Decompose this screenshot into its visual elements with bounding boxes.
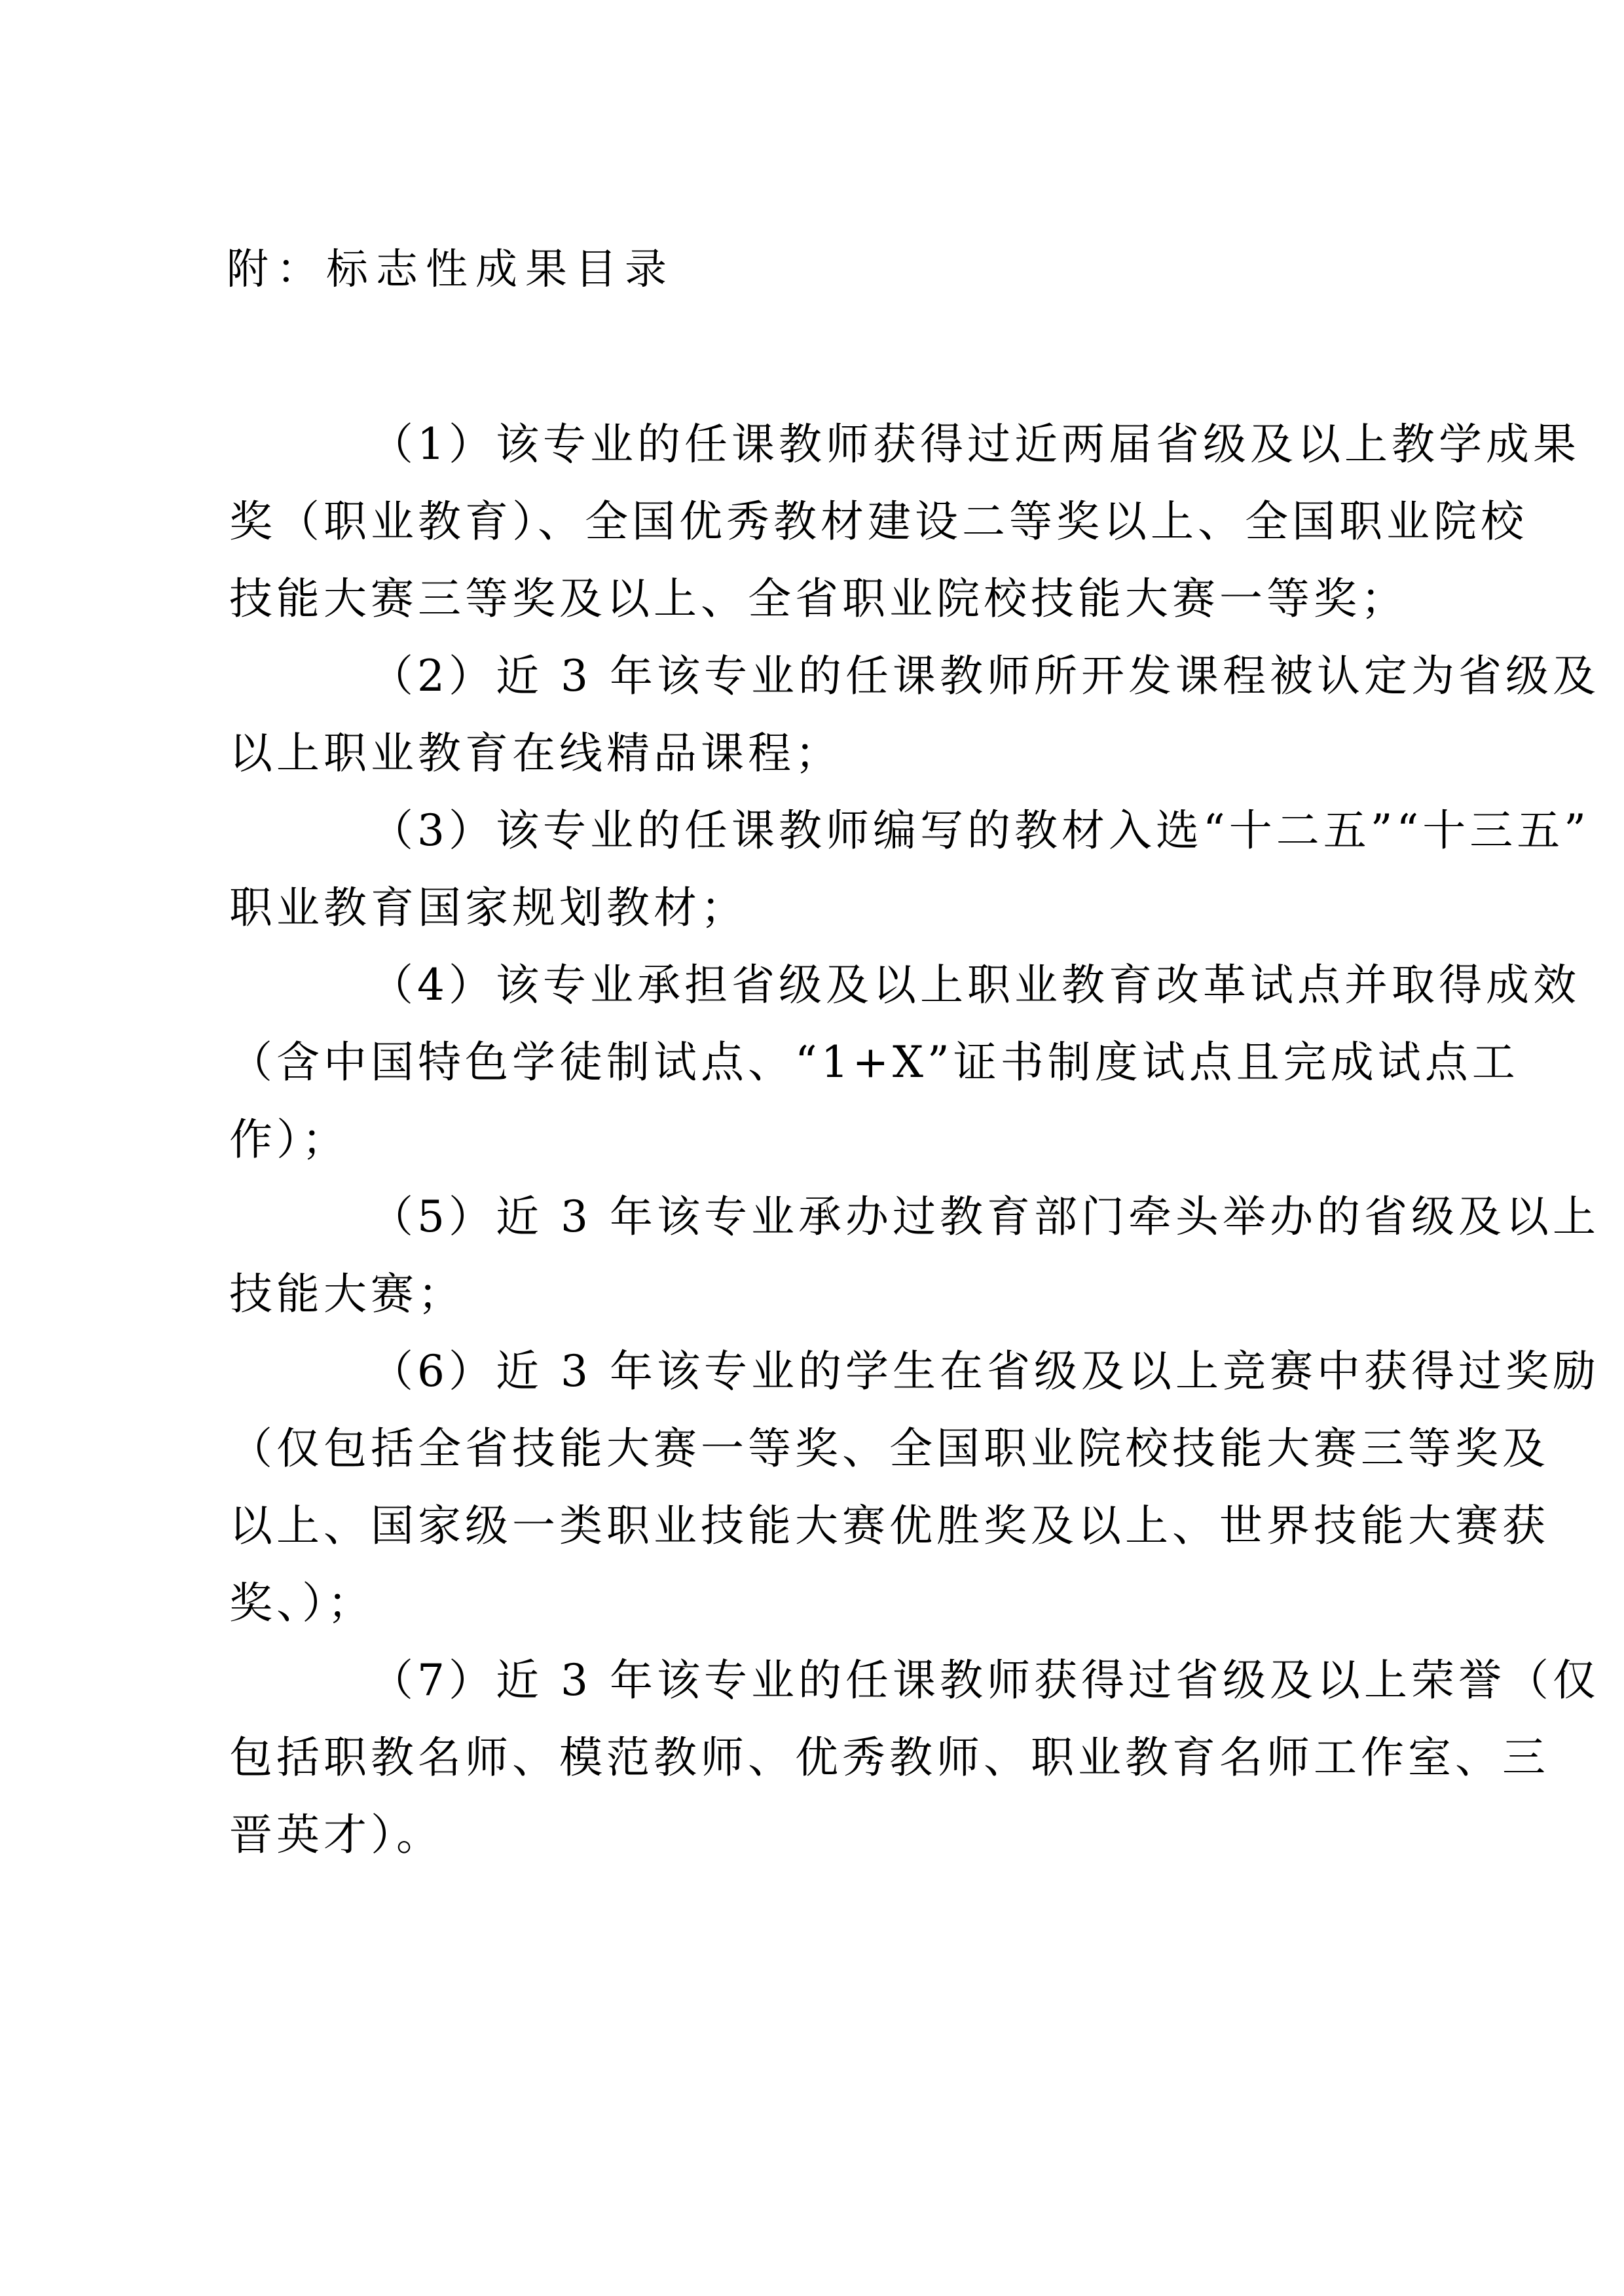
- list-item-line: （7）近 3 年该专业的任课教师获得过省级及以上荣誉（仅: [229, 1642, 1429, 1719]
- list-item-line: 包括职教名师、模范教师、优秀教师、职业教育名师工作室、三: [229, 1719, 1429, 1796]
- list-item-line: 奖、）；: [229, 1565, 1429, 1642]
- list-item-line: （含中国特色学徒制试点、“1+X”证书制度试点且完成试点工: [229, 1024, 1429, 1101]
- list-item-line: 技能大赛；: [229, 1256, 1429, 1333]
- list-item-line: 技能大赛三等奖及以上、全省职业院校技能大赛一等奖；: [229, 560, 1429, 638]
- list-item-line: 晋英才）。: [229, 1796, 1429, 1874]
- list-item-line: （仅包括全省技能大赛一等奖、全国职业院校技能大赛三等奖及: [229, 1410, 1429, 1487]
- list-item-line: 作）；: [229, 1101, 1429, 1178]
- list-item-line: 以上、国家级一类职业技能大赛优胜奖及以上、世界技能大赛获: [229, 1487, 1429, 1565]
- list-item-1: （1）该专业的任课教师获得过近两届省级及以上教学成果 奖（职业教育）、全国优秀教…: [229, 406, 1429, 638]
- list-item-4: （4）该专业承担省级及以上职业教育改革试点并取得成效 （含中国特色学徒制试点、“…: [229, 947, 1429, 1178]
- list-item-line: （5）近 3 年该专业承办过教育部门牵头举办的省级及以上: [229, 1178, 1429, 1256]
- document-title: 附：标志性成果目录: [227, 244, 674, 296]
- list-item-line: 以上职业教育在线精品课程；: [229, 715, 1429, 792]
- achievement-list: （1）该专业的任课教师获得过近两届省级及以上教学成果 奖（职业教育）、全国优秀教…: [229, 406, 1429, 1874]
- list-item-line: （6）近 3 年该专业的学生在省级及以上竞赛中获得过奖励: [229, 1333, 1429, 1410]
- list-item-3: （3）该专业的任课教师编写的教材入选“十二五”“十三五” 职业教育国家规划教材；: [229, 792, 1429, 947]
- list-item-6: （6）近 3 年该专业的学生在省级及以上竞赛中获得过奖励 （仅包括全省技能大赛一…: [229, 1333, 1429, 1642]
- list-item-line: 职业教育国家规划教材；: [229, 869, 1429, 947]
- list-item-line: （1）该专业的任课教师获得过近两届省级及以上教学成果: [229, 406, 1429, 483]
- list-item-2: （2）近 3 年该专业的任课教师所开发课程被认定为省级及 以上职业教育在线精品课…: [229, 638, 1429, 792]
- list-item-line: （4）该专业承担省级及以上职业教育改革试点并取得成效: [229, 947, 1429, 1024]
- document-page: 附：标志性成果目录 （1）该专业的任课教师获得过近两届省级及以上教学成果 奖（职…: [0, 0, 1624, 2296]
- list-item-5: （5）近 3 年该专业承办过教育部门牵头举办的省级及以上 技能大赛；: [229, 1178, 1429, 1333]
- list-item-line: （2）近 3 年该专业的任课教师所开发课程被认定为省级及: [229, 638, 1429, 715]
- list-item-line: 奖（职业教育）、全国优秀教材建设二等奖以上、全国职业院校: [229, 483, 1429, 560]
- list-item-line: （3）该专业的任课教师编写的教材入选“十二五”“十三五”: [229, 792, 1429, 869]
- list-item-7: （7）近 3 年该专业的任课教师获得过省级及以上荣誉（仅 包括职教名师、模范教师…: [229, 1642, 1429, 1874]
